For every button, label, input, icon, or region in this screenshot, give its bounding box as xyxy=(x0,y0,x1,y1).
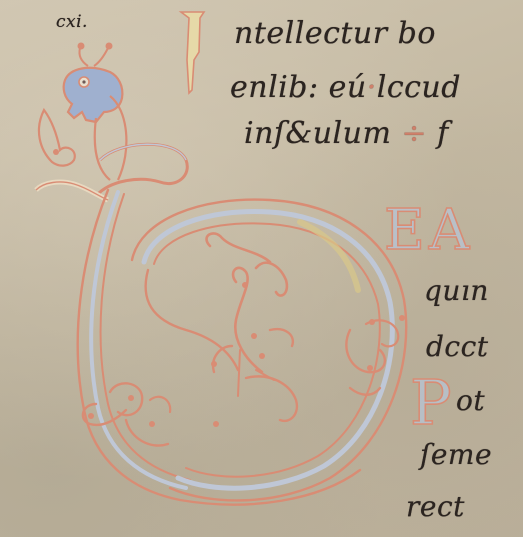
bird-head-ornament xyxy=(36,43,187,201)
text-line-7: ſeme xyxy=(420,438,492,471)
text-line-2-text: enlib: eú xyxy=(230,70,367,105)
display-capitals-ea: EA xyxy=(384,198,473,263)
text-line-2: enlib: eú·lccud xyxy=(230,70,461,105)
text-line-2-rest: lccud xyxy=(377,70,461,105)
text-line-1-text: ntellectur bo xyxy=(234,16,436,51)
text-line-1: ntellectur bo xyxy=(234,16,436,51)
manuscript-page: cxi. xyxy=(0,0,523,537)
text-line-6: ot xyxy=(456,384,485,417)
text-line-3: inſ&ulum ÷ f xyxy=(244,116,449,151)
text-line-4: quın xyxy=(424,274,489,307)
decorated-initial-b xyxy=(78,190,406,505)
display-capital-p: P xyxy=(410,366,456,439)
initial-i xyxy=(181,12,204,93)
text-line-2-punct: · xyxy=(367,70,377,105)
text-line-3-text: inſ&ulum xyxy=(244,116,391,151)
text-line-3-rest: f xyxy=(437,116,449,151)
text-line-5: dcct xyxy=(426,330,489,363)
text-line-8: rect xyxy=(406,490,465,523)
text-line-3-punct: ÷ xyxy=(391,116,437,151)
